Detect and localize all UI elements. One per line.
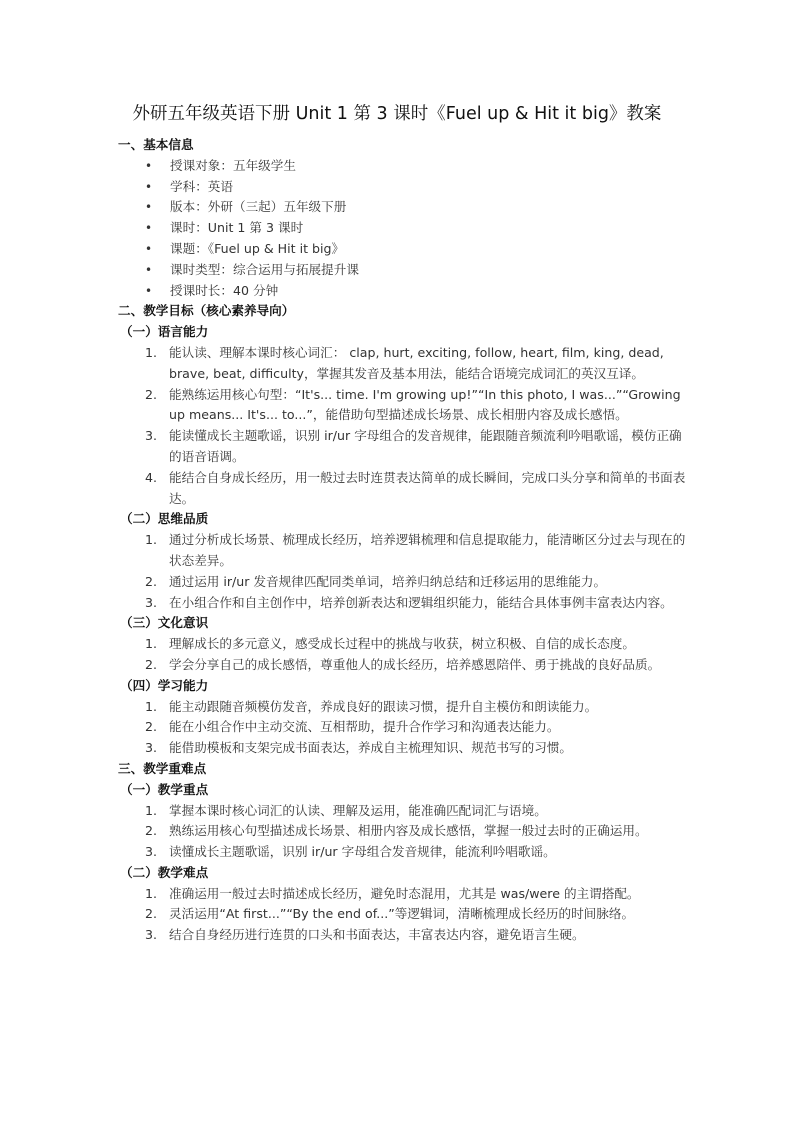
list-item: 1.能主动跟随音频模仿发音，养成良好的跟读习惯，提升自主模仿和朗读能力。 bbox=[118, 697, 688, 718]
list-item: 1.掌握本课时核心词汇的认读、理解及运用，能准确匹配词汇与语境。 bbox=[118, 801, 688, 822]
culture-objectives-list: 1.理解成长的多元意义，感受成长过程中的挑战与收获，树立积极、自信的成长态度。 … bbox=[118, 634, 688, 676]
document-body: 一、基本信息 •授课对象：五年级学生 •学科：英语 •版本：外研（三起）五年级下… bbox=[118, 135, 688, 946]
bullet-icon: • bbox=[145, 281, 152, 302]
subsection-heading-difficulties: （二）教学难点 bbox=[120, 863, 688, 884]
list-item: 1.能认读、理解本课时核心词汇： clap, hurt, exciting, f… bbox=[118, 343, 688, 385]
learning-objectives-list: 1.能主动跟随音频模仿发音，养成良好的跟读习惯，提升自主模仿和朗读能力。 2.能… bbox=[118, 697, 688, 759]
section-heading-basic-info: 一、基本信息 bbox=[118, 135, 688, 156]
list-item: 2.熟练运用核心句型描述成长场景、相册内容及成长感悟，掌握一般过去时的正确运用。 bbox=[118, 821, 688, 842]
subsection-heading-culture: （三）文化意识 bbox=[120, 613, 688, 634]
document-title: 外研五年级英语下册 Unit 1 第 3 课时《Fuel up & Hit it… bbox=[0, 102, 794, 126]
bullet-icon: • bbox=[145, 218, 152, 239]
subsection-heading-thinking: （二）思维品质 bbox=[120, 509, 688, 530]
list-item: 2.能在小组合作中主动交流、互相帮助，提升合作学习和沟通表达能力。 bbox=[118, 717, 688, 738]
subsection-heading-learning: （四）学习能力 bbox=[120, 676, 688, 697]
subsection-heading-focus: （一）教学重点 bbox=[120, 780, 688, 801]
list-item: 3.在小组合作和自主创作中，培养创新表达和逻辑组织能力，能结合具体事例丰富表达内… bbox=[118, 593, 688, 614]
list-item: 1.准确运用一般过去时描述成长经历，避免时态混用，尤其是 was/were 的主… bbox=[118, 884, 688, 905]
list-item: •课时类型：综合运用与拓展提升课 bbox=[118, 260, 688, 281]
focus-points-list: 1.掌握本课时核心词汇的认读、理解及运用，能准确匹配词汇与语境。 2.熟练运用核… bbox=[118, 801, 688, 863]
list-item: 3.能读懂成长主题歌谣，识别 ir/ur 字母组合的发音规律，能跟随音频流利吟唱… bbox=[118, 426, 688, 468]
list-item: •学科：英语 bbox=[118, 177, 688, 198]
bullet-icon: • bbox=[145, 239, 152, 260]
list-item: 1.通过分析成长场景、梳理成长经历，培养逻辑梳理和信息提取能力，能清晰区分过去与… bbox=[118, 530, 688, 572]
subsection-heading-language: （一）语言能力 bbox=[120, 322, 688, 343]
difficulty-points-list: 1.准确运用一般过去时描述成长经历，避免时态混用，尤其是 was/were 的主… bbox=[118, 884, 688, 946]
list-item: •授课时长：40 分钟 bbox=[118, 281, 688, 302]
thinking-objectives-list: 1.通过分析成长场景、梳理成长经历，培养逻辑梳理和信息提取能力，能清晰区分过去与… bbox=[118, 530, 688, 613]
list-item: •课题：《Fuel up & Hit it big》 bbox=[118, 239, 688, 260]
bullet-icon: • bbox=[145, 260, 152, 281]
list-item: 2.灵活运用“At first...”“By the end of...”等逻辑… bbox=[118, 904, 688, 925]
list-item: 3.结合自身经历进行连贯的口头和书面表达，丰富表达内容，避免语言生硬。 bbox=[118, 925, 688, 946]
list-item: 1.理解成长的多元意义，感受成长过程中的挑战与收获，树立积极、自信的成长态度。 bbox=[118, 634, 688, 655]
list-item: 3.读懂成长主题歌谣，识别 ir/ur 字母组合发音规律，能流利吟唱歌谣。 bbox=[118, 842, 688, 863]
bullet-icon: • bbox=[145, 177, 152, 198]
list-item: 2.学会分享自己的成长感悟，尊重他人的成长经历，培养感恩陪伴、勇于挑战的良好品质… bbox=[118, 655, 688, 676]
list-item: •授课对象：五年级学生 bbox=[118, 156, 688, 177]
list-item: 4.能结合自身成长经历，用一般过去时连贯表达简单的成长瞬间，完成口头分享和简单的… bbox=[118, 468, 688, 510]
document-page: 外研五年级英语下册 Unit 1 第 3 课时《Fuel up & Hit it… bbox=[0, 0, 794, 1123]
list-item: 2.能熟练运用核心句型：“It's... time. I'm growing u… bbox=[118, 385, 688, 427]
bullet-icon: • bbox=[145, 156, 152, 177]
list-item: •版本：外研（三起）五年级下册 bbox=[118, 197, 688, 218]
list-item: 3.能借助模板和支架完成书面表达，养成自主梳理知识、规范书写的习惯。 bbox=[118, 738, 688, 759]
language-objectives-list: 1.能认读、理解本课时核心词汇： clap, hurt, exciting, f… bbox=[118, 343, 688, 509]
section-heading-key-points: 三、教学重难点 bbox=[118, 759, 688, 780]
bullet-icon: • bbox=[145, 197, 152, 218]
basic-info-list: •授课对象：五年级学生 •学科：英语 •版本：外研（三起）五年级下册 •课时：U… bbox=[118, 156, 688, 302]
list-item: 2.通过运用 ir/ur 发音规律匹配同类单词，培养归纳总结和迁移运用的思维能力… bbox=[118, 572, 688, 593]
section-heading-objectives: 二、教学目标（核心素养导向） bbox=[118, 301, 688, 322]
list-item: •课时：Unit 1 第 3 课时 bbox=[118, 218, 688, 239]
